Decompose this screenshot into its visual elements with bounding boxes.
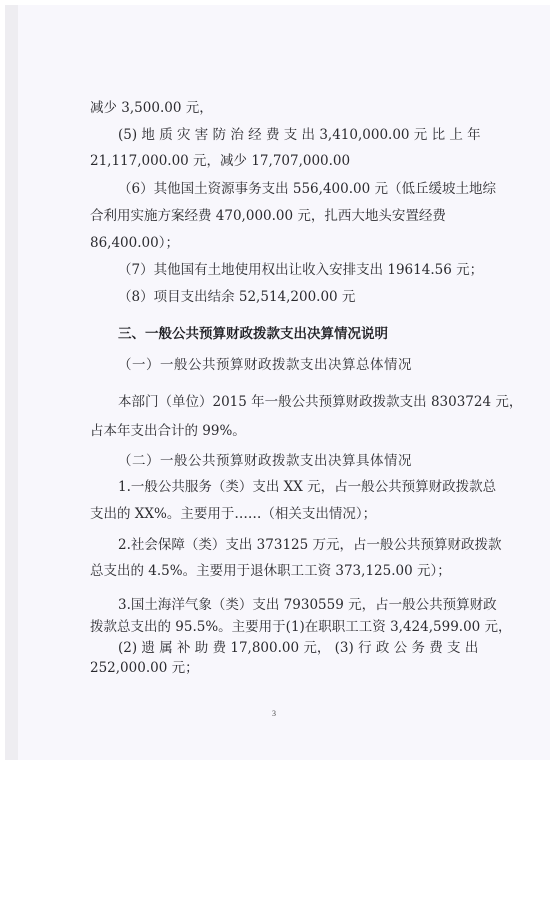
text-line: 减少 3,500.00 元， xyxy=(90,99,462,117)
text-line: （8）项目支出结余 52,514,200.00 元 xyxy=(118,288,462,306)
text-line: 86,400.00）； xyxy=(90,234,462,252)
text-line: 合利用实施方案经费 470,000.00 元，扎西大地头安置经费 xyxy=(90,207,462,225)
text-line: 3.国土海洋气象（类）支出 7930559 元，占一般公共预算财政 xyxy=(118,596,462,614)
text-line: 支出的 XX%。主要用于……（相关支出情况）； xyxy=(90,505,462,523)
text-line: 占本年支出合计的 99%。 xyxy=(90,422,462,440)
text-line: 2.社会保障（类）支出 373125 万元，占一般公共预算财政拨款 xyxy=(118,536,462,554)
text-line: 拨款总支出的 95.5%。主要用于(1)在职职工工资 3,424,599.00 … xyxy=(90,618,462,636)
text-line: （7）其他国有土地使用权出让收入安排支出 19614.56 元； xyxy=(118,261,462,279)
subsection-heading: （一）一般公共预算财政拨款支出决算总体情况 xyxy=(118,356,462,374)
text-line: 总支出的 4.5%。主要用于退休职工工资 373,125.00 元）； xyxy=(90,562,462,580)
text-line: （6）其他国土资源事务支出 556,400.00 元（低丘缓坡土地综 xyxy=(118,180,462,198)
subsection-heading: （二）一般公共预算财政拨款支出决算具体情况 xyxy=(118,452,462,470)
text-line: 252,000.00 元； xyxy=(90,659,462,677)
page-number: 3 xyxy=(272,709,276,718)
text-line: 1.一般公共服务（类）支出 XX 元，占一般公共预算财政拨款总 xyxy=(118,478,462,496)
page-edge-shadow xyxy=(5,5,18,760)
text-line: 21,117,000.00 元，减少 17,707,000.00 xyxy=(90,152,462,170)
text-line: (5) 地 质 灾 害 防 治 经 费 支 出 3,410,000.00 元 比… xyxy=(118,126,462,144)
section-heading: 三、一般公共预算财政拨款支出决算情况说明 xyxy=(118,325,462,343)
text-line: (2) 遗 属 补 助 费 17,800.00 元， (3) 行 政 公 务 费… xyxy=(118,639,462,657)
text-line: 本部门（单位）2015 年一般公共预算财政拨款支出 8303724 元， xyxy=(118,393,462,411)
